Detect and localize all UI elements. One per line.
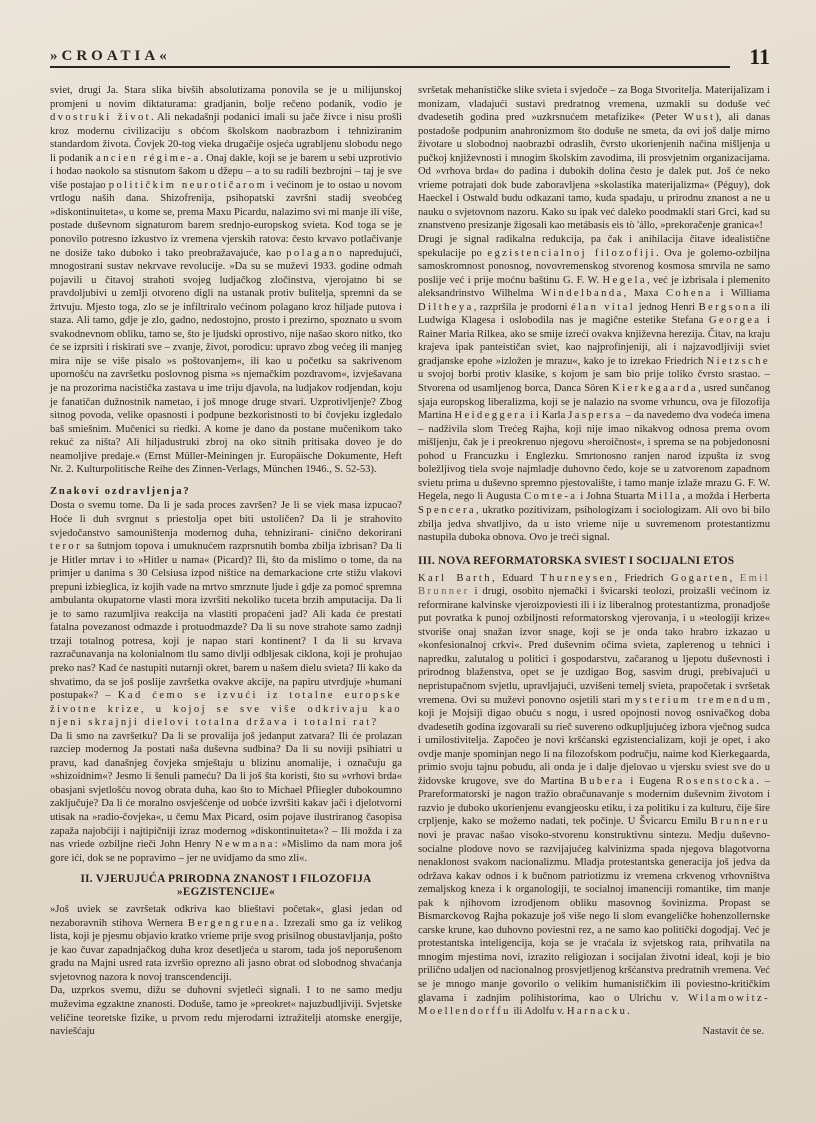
- header-rule: [50, 66, 730, 68]
- text: Dosta o svemu tome. Da li je sada proces…: [50, 500, 402, 538]
- emphasis: političkim neurotičarom: [109, 180, 267, 191]
- paragraph: svršetak mehanističke slike svieta i svj…: [418, 84, 770, 233]
- emphasis: Jaspersa: [568, 410, 623, 421]
- text: , Maxa: [624, 288, 659, 299]
- emphasis: Gogarten: [671, 573, 730, 584]
- emphasis: Hegela: [603, 275, 647, 286]
- paragraph: sviet, drugi Ja. Stara slika bivših abso…: [50, 84, 402, 477]
- text: ), ali danas postadoše podpunim anahroni…: [418, 112, 770, 231]
- paragraph: Da, uzprkos svemu, dižu se duhovni svjet…: [50, 984, 402, 1038]
- masthead: »CROATIA«: [50, 48, 171, 65]
- section-heading-2: II. VJERUJUĆA PRIRODNA ZNANOST I FILOZOF…: [50, 873, 402, 899]
- emphasis: Heideggera: [454, 410, 527, 421]
- page-number: 11: [749, 44, 770, 70]
- emphasis: Nietzsche: [707, 356, 770, 367]
- emphasis: Comte-a: [524, 491, 577, 502]
- emphasis: mysterium tremendum: [624, 695, 767, 706]
- paragraph: Karl Barth, Eduard Thurneysen, Friedrich…: [418, 572, 770, 1019]
- text: Da li smo na završetku? Da li se provali…: [50, 731, 402, 850]
- emphasis: Harnacku: [567, 1006, 627, 1017]
- right-column: svršetak mehanističke slike svieta i svj…: [418, 84, 770, 1038]
- text: i i Karla: [530, 410, 565, 421]
- emphasis: Brunneru: [711, 816, 770, 827]
- emphasis: Thurneysen: [540, 573, 614, 584]
- emphasis: élan vital: [571, 302, 635, 313]
- emphasis: Bergsona: [699, 302, 758, 313]
- text: Da, uzprkos svemu, dižu se duhovni svjet…: [50, 985, 402, 1037]
- text: i Eugena: [630, 776, 670, 787]
- text: sa šutnjom topova i umuknućem razprsnuti…: [50, 541, 402, 701]
- emphasis: egzistencialnoj filozofiji: [487, 248, 656, 259]
- paragraph: Dosta o svemu tome. Da li je sada proces…: [50, 499, 402, 729]
- heading-line: »EGZISTENCIJE«: [50, 886, 402, 899]
- text: , razpršila je prodorni: [474, 302, 568, 313]
- text: i drugi, osobito njemački i švicarski te…: [418, 586, 770, 705]
- emphasis: Milla: [647, 491, 682, 502]
- emphasis: teror: [50, 541, 82, 552]
- text: napredujući, mnogostrani sustav nekrvave…: [50, 248, 402, 476]
- text: i Johna Stuarta: [580, 491, 644, 502]
- emphasis: Bergengruena: [188, 918, 276, 929]
- emphasis: Spencera: [418, 505, 476, 516]
- emphasis: Kierkegaarda: [612, 383, 698, 394]
- text: novi je pravac našao visoko-stvorenu kon…: [418, 830, 770, 1004]
- section-heading-3: III. NOVA REFORMATORSKA SVIEST I SOCIJAL…: [418, 555, 770, 568]
- text: – da navedemo dva vodeća imena – nadživi…: [418, 410, 770, 502]
- emphasis: Windelbanda: [541, 288, 623, 299]
- heading-line: II. VJERUJUĆA PRIRODNA ZNANOST I FILOZOF…: [50, 873, 402, 886]
- emphasis: Bubera: [580, 776, 625, 787]
- emphasis: ancien régime-a: [96, 153, 200, 164]
- text: sviet, drugi Ja. Stara slika bivših abso…: [50, 85, 402, 110]
- text: i Williama: [720, 288, 770, 299]
- text: .: [627, 1006, 630, 1017]
- emphasis: Georgea: [709, 315, 762, 326]
- emphasis: Rosenstocka: [676, 776, 756, 787]
- text: , koji je Mojsiji digao obuću s nogu, i …: [418, 695, 770, 787]
- left-column: sviet, drugi Ja. Stara slika bivših abso…: [50, 84, 402, 1039]
- text: , Friedrich: [614, 573, 663, 584]
- document-page: »CROATIA« 11 sviet, drugi Ja. Stara slik…: [0, 0, 816, 1123]
- emphasis: Karl Barth: [418, 573, 492, 584]
- paragraph: »Još uviek se završetak odkriva kao blie…: [50, 903, 402, 984]
- text: ,: [730, 573, 733, 584]
- emphasis: polagano: [286, 248, 344, 259]
- paragraph: Da li smo na završetku? Da li se provali…: [50, 730, 402, 865]
- subheading: Znakovi ozdravljenja?: [50, 485, 402, 499]
- emphasis: Wust: [684, 112, 716, 123]
- emphasis: Diltheya: [418, 302, 474, 313]
- paragraph: Drugi je signal radikalna redukcija, pa …: [418, 233, 770, 545]
- emphasis: Newmana: [215, 839, 275, 850]
- emphasis: Cohena: [666, 288, 713, 299]
- emphasis: dvostruki život: [50, 112, 151, 123]
- text: , Eduard: [492, 573, 533, 584]
- continuation-note: Nastavit će se.: [418, 1025, 770, 1039]
- text: jednog Henri: [639, 302, 695, 313]
- text: ili Adolfu v.: [513, 1006, 564, 1017]
- text: , a možda i Herberta: [682, 491, 770, 502]
